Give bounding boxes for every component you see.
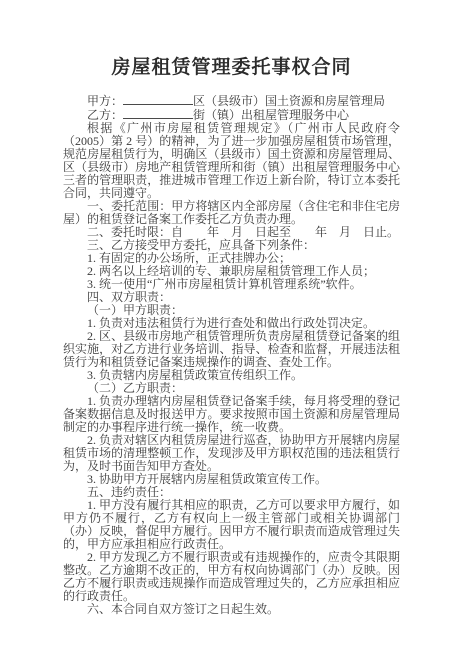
party-b-line: 乙方：街（镇）出租屋管理服务中心 (63, 108, 400, 122)
section-4-party-a-item-2: 2. 区、县级市房地产租赁管理所负责房屋租赁登记备案的组织实施，对乙方进行业务培… (63, 330, 400, 369)
party-a-blank-field (123, 94, 193, 105)
document-body: 甲方：区（县级市）国土资源和房屋管理局 乙方：街（镇）出租屋管理服务中心 根据《… (63, 94, 400, 616)
party-b-label: 乙方： (87, 108, 123, 122)
party-a-suffix: 区（县级市）国土资源和房屋管理局 (193, 94, 385, 108)
document-title: 房屋租赁管理委托事权合同 (63, 52, 400, 79)
party-a-label: 甲方： (87, 94, 123, 108)
preamble-paragraph: 根据《广州市房屋租赁管理规定》（广州市人民政府令（2005）第 2 号）的精神，… (63, 122, 400, 200)
section-5-item-1: 1. 甲方没有履行其相应的职责，乙方可以要求甲方履行，如甲方仍不履行，乙方有权向… (63, 499, 400, 551)
party-a-line: 甲方：区（县级市）国土资源和房屋管理局 (63, 94, 400, 108)
party-b-suffix: 街（镇）出租屋管理服务中心 (193, 108, 349, 122)
section-1-scope: 一、委托范围：甲方将辖区内全部房屋（含住宅和非住宅房屋）的租赁登记备案工作委托乙… (63, 200, 400, 226)
party-b-blank-field (123, 108, 193, 119)
section-6-effective: 六、本合同自双方签订之日起生效。 (63, 603, 400, 616)
section-4-party-b-item-2: 2. 负责对辖区内租赁房屋进行巡查，协助甲方开展辖内房屋租赁市场的清理整顿工作，… (63, 434, 400, 473)
section-5-item-2: 2. 甲方发现乙方不履行职责或有违规操作的，应责令其限期整改。乙方逾期不改正的，… (63, 551, 400, 603)
contract-page: 房屋租赁管理委托事权合同 甲方：区（县级市）国土资源和房屋管理局 乙方：街（镇）… (0, 0, 463, 655)
section-4-party-b-item-1: 1. 负责办理辖内房屋租赁登记备案手续，每月将受理的登记备案数据信息及时报送甲方… (63, 395, 400, 434)
